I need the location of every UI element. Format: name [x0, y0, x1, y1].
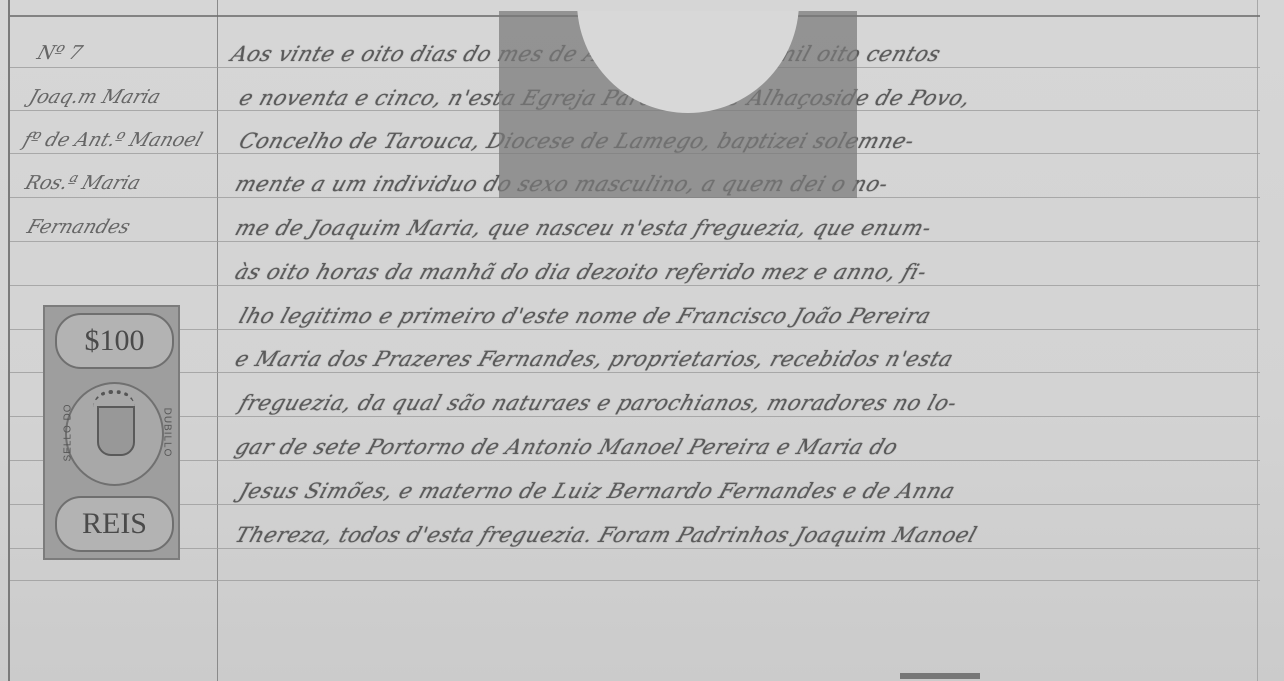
record-line: Thereza, todos d'esta freguezia. Foram P… — [232, 523, 980, 547]
margin-note: Joaq.m Maria — [26, 86, 163, 108]
stamp-side-text: DUBILLO — [162, 408, 173, 458]
watermark-overlay — [499, 11, 857, 198]
entry-number: Nº 7 — [34, 42, 85, 64]
stamp-side-text: SELLO DO — [63, 403, 74, 461]
record-line: Jesus Simões, e materno de Luiz Bernardo… — [236, 479, 958, 503]
margin-note: Ros.ª Maria — [22, 172, 143, 194]
ruled-line — [10, 504, 1260, 505]
record-line: gar de sete Portorno de Antonio Manoel P… — [232, 435, 901, 459]
right-edge-rule — [1257, 0, 1258, 681]
document-page: Nº 7 Joaq.m Maria fº de Ant.º Manoel Ros… — [0, 0, 1284, 681]
record-line: às oito horas da manhã do dia dezoito re… — [232, 260, 930, 284]
left-edge-rule — [8, 0, 10, 681]
ruled-line — [10, 241, 1260, 242]
ruled-line — [10, 416, 1260, 417]
margin-note: fº de Ant.º Manoel — [20, 129, 205, 151]
ruled-line — [10, 329, 1260, 330]
margin-note: Fernandes — [24, 216, 133, 238]
record-line: me de Joaquim Maria, que nasceu n'esta f… — [232, 216, 935, 240]
ruled-line — [10, 285, 1260, 286]
ruled-line — [10, 372, 1260, 373]
ruled-line — [10, 548, 1260, 549]
watermark-circle — [577, 11, 799, 113]
margin-rule — [217, 0, 218, 681]
record-line: e Maria dos Prazeres Fernandes, propriet… — [232, 347, 957, 371]
ruled-line — [10, 580, 1260, 581]
stamp-currency: REIS — [55, 496, 174, 552]
revenue-stamp: $100 SELLO DO DUBILLO REIS — [43, 305, 180, 560]
record-line: lho legitimo e primeiro d'este nome de F… — [236, 304, 934, 328]
shield-icon — [97, 406, 135, 456]
ruled-line — [10, 460, 1260, 461]
record-line: freguezia, da qual são naturaes e paroch… — [236, 391, 960, 415]
page-edge-mark — [900, 673, 980, 679]
coat-of-arms-icon — [65, 382, 164, 486]
stamp-value: $100 — [55, 313, 174, 369]
